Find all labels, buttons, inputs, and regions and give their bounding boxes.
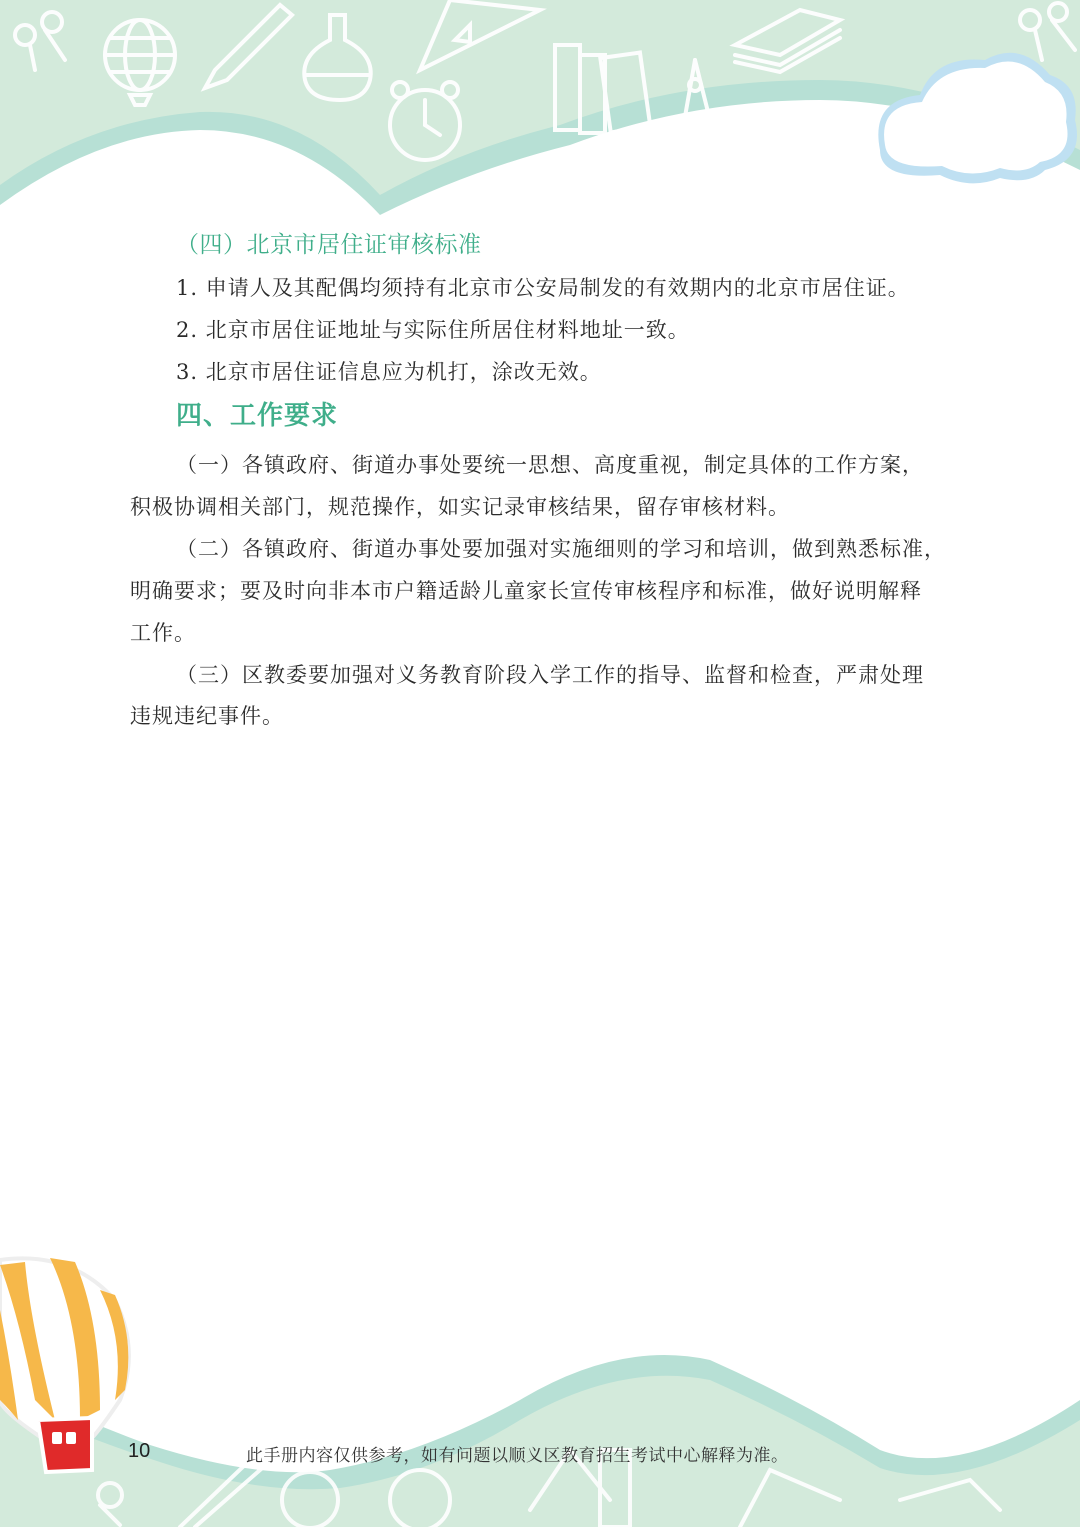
paragraph-3-line-2: 违规违纪事件。: [130, 700, 284, 730]
paragraph-2-line-1: （二）各镇政府、街道办事处要加强对实施细则的学习和培训，做到熟悉标准，: [176, 533, 946, 563]
section-heading: 四、工作要求: [176, 395, 338, 432]
footer-disclaimer: 此手册内容仅供参考，如有问题以顺义区教育招生考试中心解释为准。: [246, 1441, 789, 1466]
paragraph-1-line-1: （一）各镇政府、街道办事处要统一思想、高度重视，制定具体的工作方案，: [176, 449, 924, 479]
criteria-item-3: 3. 北京市居住证信息应为机打，涂改无效。: [176, 356, 602, 386]
page-number: 10: [128, 1440, 150, 1463]
document-page: （四）北京市居住证审核标准 1. 申请人及其配偶均须持有北京市公安局制发的有效期…: [0, 0, 1080, 1527]
paragraph-2-line-2: 明确要求；要及时向非本市户籍适龄儿童家长宣传审核程序和标准，做好说明解释: [130, 575, 922, 605]
criteria-item-1: 1. 申请人及其配偶均须持有北京市公安局制发的有效期内的北京市居住证。: [176, 272, 910, 302]
paragraph-3-line-1: （三）区教委要加强对义务教育阶段入学工作的指导、监督和检查，严肃处理: [176, 659, 924, 689]
criteria-item-2: 2. 北京市居住证地址与实际住所居住材料地址一致。: [176, 314, 690, 344]
paragraph-1-line-2: 积极协调相关部门，规范操作，如实记录审核结果，留存审核材料。: [130, 491, 790, 521]
subsection-heading: （四）北京市居住证审核标准: [176, 226, 482, 259]
paragraph-2-line-3: 工作。: [130, 617, 196, 647]
